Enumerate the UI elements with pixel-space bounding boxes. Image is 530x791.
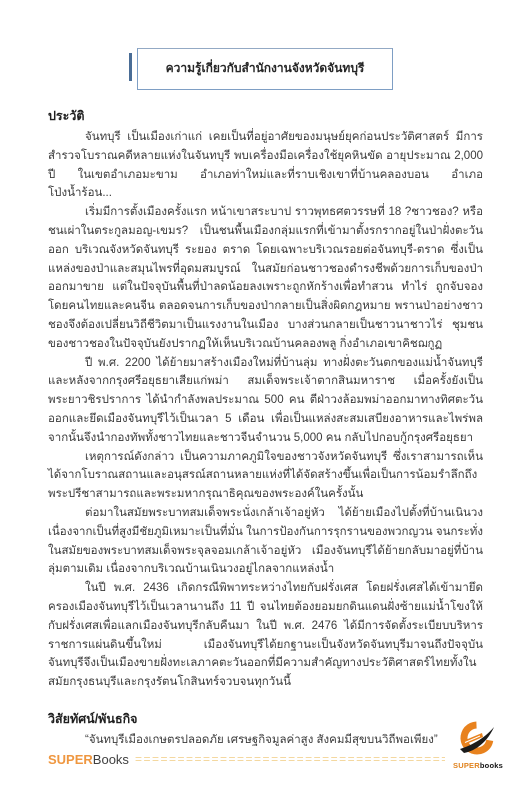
history-paragraph-6: ในปี พ.ศ. 2436 เกิดกรณีพิพาทระหว่างไทยกั… — [48, 579, 483, 692]
footer-brand-super: SUPER — [48, 752, 93, 767]
footer-brand-books: Books — [93, 752, 129, 767]
history-paragraph-3: ปี พ.ศ. 2200 ได้ย้ายมาสร้างเมืองใหม่ที่บ… — [48, 354, 483, 448]
title-box: ความรู้เกี่ยวกับสำนักงานจังหวัดจันทบุรี — [137, 48, 393, 90]
section-heading-history: ประวัติ — [48, 107, 483, 126]
title-frame: ความรู้เกี่ยวกับสำนักงานจังหวัดจันทบุรี — [137, 48, 393, 90]
superbooks-logo-icon — [456, 719, 500, 761]
page-title: ความรู้เกี่ยวกับสำนักงานจังหวัดจันทบุรี — [166, 61, 365, 75]
history-paragraph-1: จันทบุรี เป็นเมืองเก่าแก่ เคยเป็นที่อยู่… — [48, 128, 483, 203]
history-paragraph-2: เริ่มมีการตั้งเมืองครั้งแรก หน้าเขาสระบา… — [48, 203, 483, 353]
superbooks-logo-text: SUPERbooks — [453, 761, 503, 770]
superbooks-logo: SUPERbooks — [450, 719, 506, 770]
footer-brand: SUPERBooks — [48, 753, 129, 767]
history-paragraph-5: ต่อมาในสมัยพระบาทสมเด็จพระนั่งเกล้าเจ้าอ… — [48, 504, 483, 579]
logo-text-books: books — [480, 761, 503, 770]
logo-text-super: SUPER — [453, 761, 480, 770]
document-content: ประวัติ จันทบุรี เป็นเมืองเก่าแก่ เคยเป็… — [48, 107, 483, 750]
document-page: ความรู้เกี่ยวกับสำนักงานจังหวัดจันทบุรี … — [0, 0, 530, 791]
history-paragraph-4: เหตุการณ์ดังกล่าว เป็นความภาคภูมิใจของชา… — [48, 448, 483, 504]
title-accent-bar — [129, 53, 132, 81]
page-footer: SUPERBooks =============================… — [48, 719, 506, 767]
footer-divider: ========================================… — [135, 752, 445, 766]
